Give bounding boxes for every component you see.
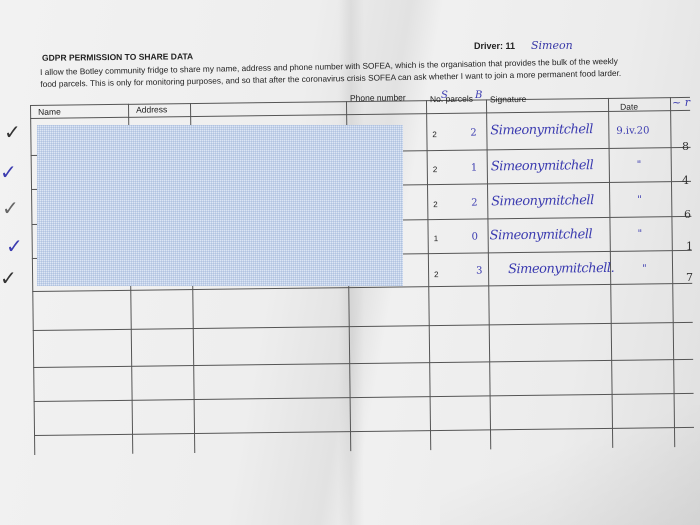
check-mark-icon: ✓ (6, 234, 23, 259)
check-mark-icon: ✓ (2, 196, 19, 221)
row-2-date: " (637, 160, 642, 171)
form-title: GDPR PERMISSION TO SHARE DATA (42, 51, 193, 63)
row-5-signature: Simeonymitchell. (508, 261, 614, 277)
check-mark-icon: ✓ (0, 266, 17, 291)
header-name: Name (38, 107, 61, 117)
driver-name-handwritten: Simeon (531, 39, 573, 52)
row-4-date: " (638, 229, 643, 240)
header-phone: Phone number (350, 92, 406, 103)
driver-label: Driver: 11 (474, 41, 515, 51)
header-date: Date (620, 102, 638, 112)
header-parcels: No. parcels (430, 94, 473, 105)
row-2-b: 1 (471, 163, 478, 174)
row-3-signature: Simeonymitchell (491, 193, 594, 209)
row-5-s: 2 (434, 270, 439, 279)
row-1-s: 2 (432, 130, 437, 139)
row-3-s: 2 (433, 200, 438, 209)
margin-count-4: 1 (686, 240, 693, 253)
check-mark-icon: ✓ (4, 120, 21, 145)
check-mark-icon: ✓ (0, 160, 17, 185)
row-3-date: " (637, 195, 642, 206)
row-1-signature: Simeonymitchell (490, 122, 593, 138)
row-5-date: " (642, 263, 647, 274)
row-2-s: 2 (433, 165, 438, 174)
redaction-block (37, 125, 403, 286)
row-2-signature: Simeonymitchell (491, 158, 594, 174)
margin-count-5: 7 (686, 271, 693, 284)
row-5-b: 3 (476, 265, 483, 276)
header-address: Address (136, 104, 167, 114)
row-1-b: 2 (470, 128, 477, 139)
row-4-b: 0 (472, 232, 479, 243)
header-signature: Signature (490, 94, 527, 104)
margin-count-2: 4 (682, 174, 689, 187)
row-4-s: 1 (434, 234, 439, 243)
row-3-b: 2 (471, 198, 478, 209)
row-1-date: 9.iv.20 (616, 125, 649, 136)
row-4-signature: Simeonymitchell (490, 227, 593, 243)
margin-count-3: 6 (684, 208, 691, 221)
margin-count-1: 8 (682, 140, 689, 153)
